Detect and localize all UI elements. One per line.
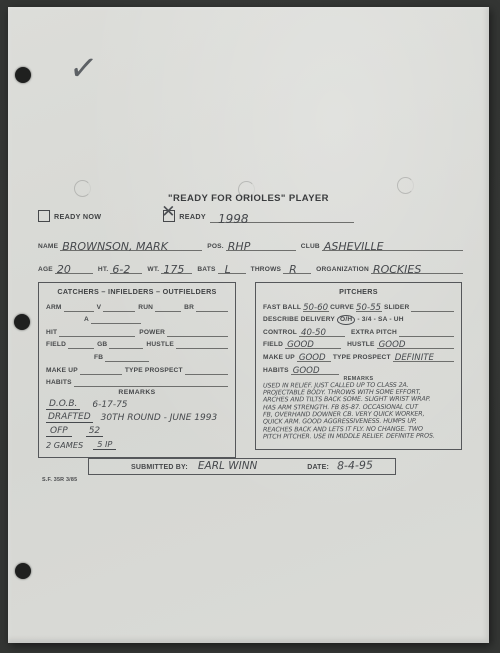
punch-hole-bottom bbox=[15, 563, 31, 579]
hit-label: HIT bbox=[46, 329, 59, 337]
height-label: HT. bbox=[98, 266, 111, 274]
position-players-box: CATCHERS – INFIELDERS – OUTFIELDERS ARM … bbox=[38, 282, 236, 458]
run-label: RUN bbox=[138, 304, 155, 312]
fast-ball-value: 50-60 bbox=[303, 304, 328, 313]
control-label: CONTROL bbox=[263, 329, 299, 337]
hit-field bbox=[59, 326, 135, 337]
throws-label: THROWS bbox=[251, 266, 284, 274]
punch-hole-top bbox=[15, 67, 31, 83]
pitcher-hustle-field: GOOD bbox=[377, 338, 454, 349]
bats-field: L bbox=[218, 263, 246, 274]
pos-field: RHP bbox=[226, 240, 296, 251]
age-label: AGE bbox=[38, 266, 55, 274]
scanned-document: ✓ "READY FOR ORIOLES" PLAYER READY NOW ✕… bbox=[0, 0, 500, 653]
pitcher-field-label: FIELD bbox=[263, 341, 285, 349]
extra-pitch-field bbox=[399, 326, 454, 337]
pitcher-hustle-label: HUSTLE bbox=[347, 341, 377, 349]
type-prospect-field bbox=[185, 364, 228, 375]
weight-label: WT. bbox=[147, 266, 161, 274]
weight-value: 175 bbox=[163, 265, 184, 275]
ready-label: READY bbox=[179, 212, 206, 221]
faint-hole-mark-icon bbox=[397, 177, 414, 194]
checkmark-pencil-icon: ✓ bbox=[67, 44, 100, 91]
height-value: 6-2 bbox=[112, 265, 130, 275]
club-label: CLUB bbox=[301, 243, 322, 251]
name-value: BROWNSON, MARK bbox=[62, 242, 168, 252]
games-label: 2 GAMES bbox=[46, 441, 83, 450]
pos-value: RHP bbox=[228, 242, 251, 252]
pitcher-hustle-value: GOOD bbox=[379, 341, 406, 350]
pitcher-type-prospect-label: TYPE PROSPECT bbox=[333, 354, 393, 362]
gb-field bbox=[109, 338, 143, 349]
habits-label: HABITS bbox=[46, 379, 74, 387]
submitted-by-label: SUBMITTED BY: bbox=[131, 464, 190, 472]
fb-field bbox=[105, 351, 149, 362]
throws-value: R bbox=[289, 265, 297, 275]
a-label: A bbox=[84, 316, 91, 324]
type-prospect-label: TYPE PROSPECT bbox=[125, 367, 185, 375]
fb-label: FB bbox=[94, 354, 105, 362]
habits-field bbox=[74, 376, 228, 387]
submitted-by-value: EARL WINN bbox=[198, 460, 258, 472]
describe-delivery-label: DESCRIBE DELIVERY bbox=[263, 316, 337, 324]
height-field: 6-2 bbox=[110, 263, 142, 274]
ready-checkbox: ✕ bbox=[163, 210, 175, 222]
power-label: POWER bbox=[139, 329, 167, 337]
slider-label: SLIDER bbox=[384, 304, 411, 312]
hustle-field bbox=[176, 338, 228, 349]
pitcher-makeup-field: GOOD bbox=[297, 351, 331, 362]
control-value: 40-50 bbox=[301, 329, 326, 338]
pitcher-habits-label: HABITS bbox=[263, 367, 291, 375]
pitcher-field-field: GOOD bbox=[285, 338, 341, 349]
ready-now-checkbox bbox=[38, 210, 50, 222]
pitcher-habits-value: GOOD bbox=[293, 367, 320, 376]
age-value: 20 bbox=[57, 265, 71, 275]
v-label: V bbox=[97, 304, 104, 312]
organization-label: ORGANIZATION bbox=[316, 266, 371, 274]
club-field: ASHEVILLE bbox=[322, 240, 463, 251]
checkbox-x-mark-icon: ✕ bbox=[161, 204, 175, 221]
makeup-field bbox=[80, 364, 122, 375]
form-code: S.F. 35R 3/85 bbox=[42, 477, 77, 483]
pitcher-field-value: GOOD bbox=[287, 341, 314, 350]
control-field: 40-50 bbox=[299, 326, 345, 337]
ready-year-value: 1998 bbox=[218, 214, 249, 224]
field-field bbox=[68, 338, 94, 349]
extra-pitch-label: EXTRA PITCH bbox=[351, 329, 399, 337]
pitcher-type-prospect-field: DEFINITE bbox=[393, 351, 454, 362]
fast-ball-label: FAST BALL bbox=[263, 304, 303, 312]
arm-label: ARM bbox=[46, 304, 64, 312]
organization-value: ROCKIES bbox=[373, 265, 421, 275]
bats-value: L bbox=[225, 265, 231, 275]
dob-value: 6-17-75 bbox=[92, 401, 127, 410]
form-title: "READY FOR ORIOLES" PLAYER bbox=[8, 193, 489, 204]
run-field bbox=[155, 301, 181, 312]
br-field bbox=[196, 301, 228, 312]
pitcher-makeup-value: GOOD bbox=[299, 354, 326, 363]
drafted-label: DRAFTED bbox=[46, 413, 93, 423]
throws-field: R bbox=[283, 263, 311, 274]
v-field bbox=[103, 301, 135, 312]
ready-now-label: READY NOW bbox=[54, 212, 101, 221]
games-value: 5 IP bbox=[93, 440, 116, 450]
ofp-value: 52 bbox=[86, 427, 103, 437]
ofp-label: OFP bbox=[46, 427, 72, 437]
drafted-value: 30TH ROUND - JUNE 1993 bbox=[101, 414, 218, 423]
fast-ball-field: 50-60 bbox=[303, 301, 329, 312]
pitcher-type-prospect-value: DEFINITE bbox=[395, 354, 434, 363]
submitted-bar: SUBMITTED BY: EARL WINN DATE: 8-4-95 bbox=[88, 458, 396, 475]
arm-field bbox=[64, 301, 94, 312]
field-label: FIELD bbox=[46, 341, 68, 349]
name-label: NAME bbox=[38, 243, 60, 251]
organization-field: ROCKIES bbox=[371, 263, 463, 274]
name-field: BROWNSON, MARK bbox=[60, 240, 202, 251]
gb-label: GB bbox=[97, 341, 109, 349]
curve-label: CURVE bbox=[330, 304, 356, 312]
pitchers-box-header: PITCHERS bbox=[263, 287, 454, 296]
dob-label: D.O.B. bbox=[46, 400, 80, 410]
age-field: 20 bbox=[55, 263, 93, 274]
a-field bbox=[91, 313, 141, 324]
date-value: 8-4-95 bbox=[337, 459, 373, 473]
pos-label: POS. bbox=[207, 243, 226, 251]
hustle-label: HUSTLE bbox=[146, 341, 176, 349]
position-box-header: CATCHERS – INFIELDERS – OUTFIELDERS bbox=[46, 287, 228, 296]
remarks-header: REMARKS bbox=[46, 389, 228, 396]
makeup-label: MAKE UP bbox=[46, 367, 80, 375]
curve-field: 50-55 bbox=[356, 301, 382, 312]
weight-field: 175 bbox=[161, 263, 192, 274]
pitcher-remarks-text: USED IN RELIEF. JUST CALLED UP TO CLASS … bbox=[263, 382, 454, 441]
slider-field bbox=[411, 301, 454, 312]
delivery-options: - 3/4 - SA - UH bbox=[357, 316, 405, 324]
pitcher-makeup-label: MAKE UP bbox=[263, 354, 297, 362]
club-value: ASHEVILLE bbox=[324, 242, 384, 252]
bats-label: BATS bbox=[197, 266, 217, 274]
date-label: DATE: bbox=[307, 464, 331, 472]
remarks-line: PITCH PITCHER. USE IN MIDDLE RELIEF. DEF… bbox=[263, 432, 454, 440]
br-label: BR bbox=[184, 304, 196, 312]
punch-hole-middle bbox=[14, 314, 30, 330]
pitchers-box: PITCHERS FAST BALL 50-60 CURVE 50-55 SLI… bbox=[255, 282, 462, 450]
paper-sheet: ✓ "READY FOR ORIOLES" PLAYER READY NOW ✕… bbox=[8, 7, 489, 643]
pitcher-habits-field: GOOD bbox=[291, 364, 339, 375]
power-field bbox=[167, 326, 228, 337]
curve-value: 50-55 bbox=[356, 304, 381, 313]
